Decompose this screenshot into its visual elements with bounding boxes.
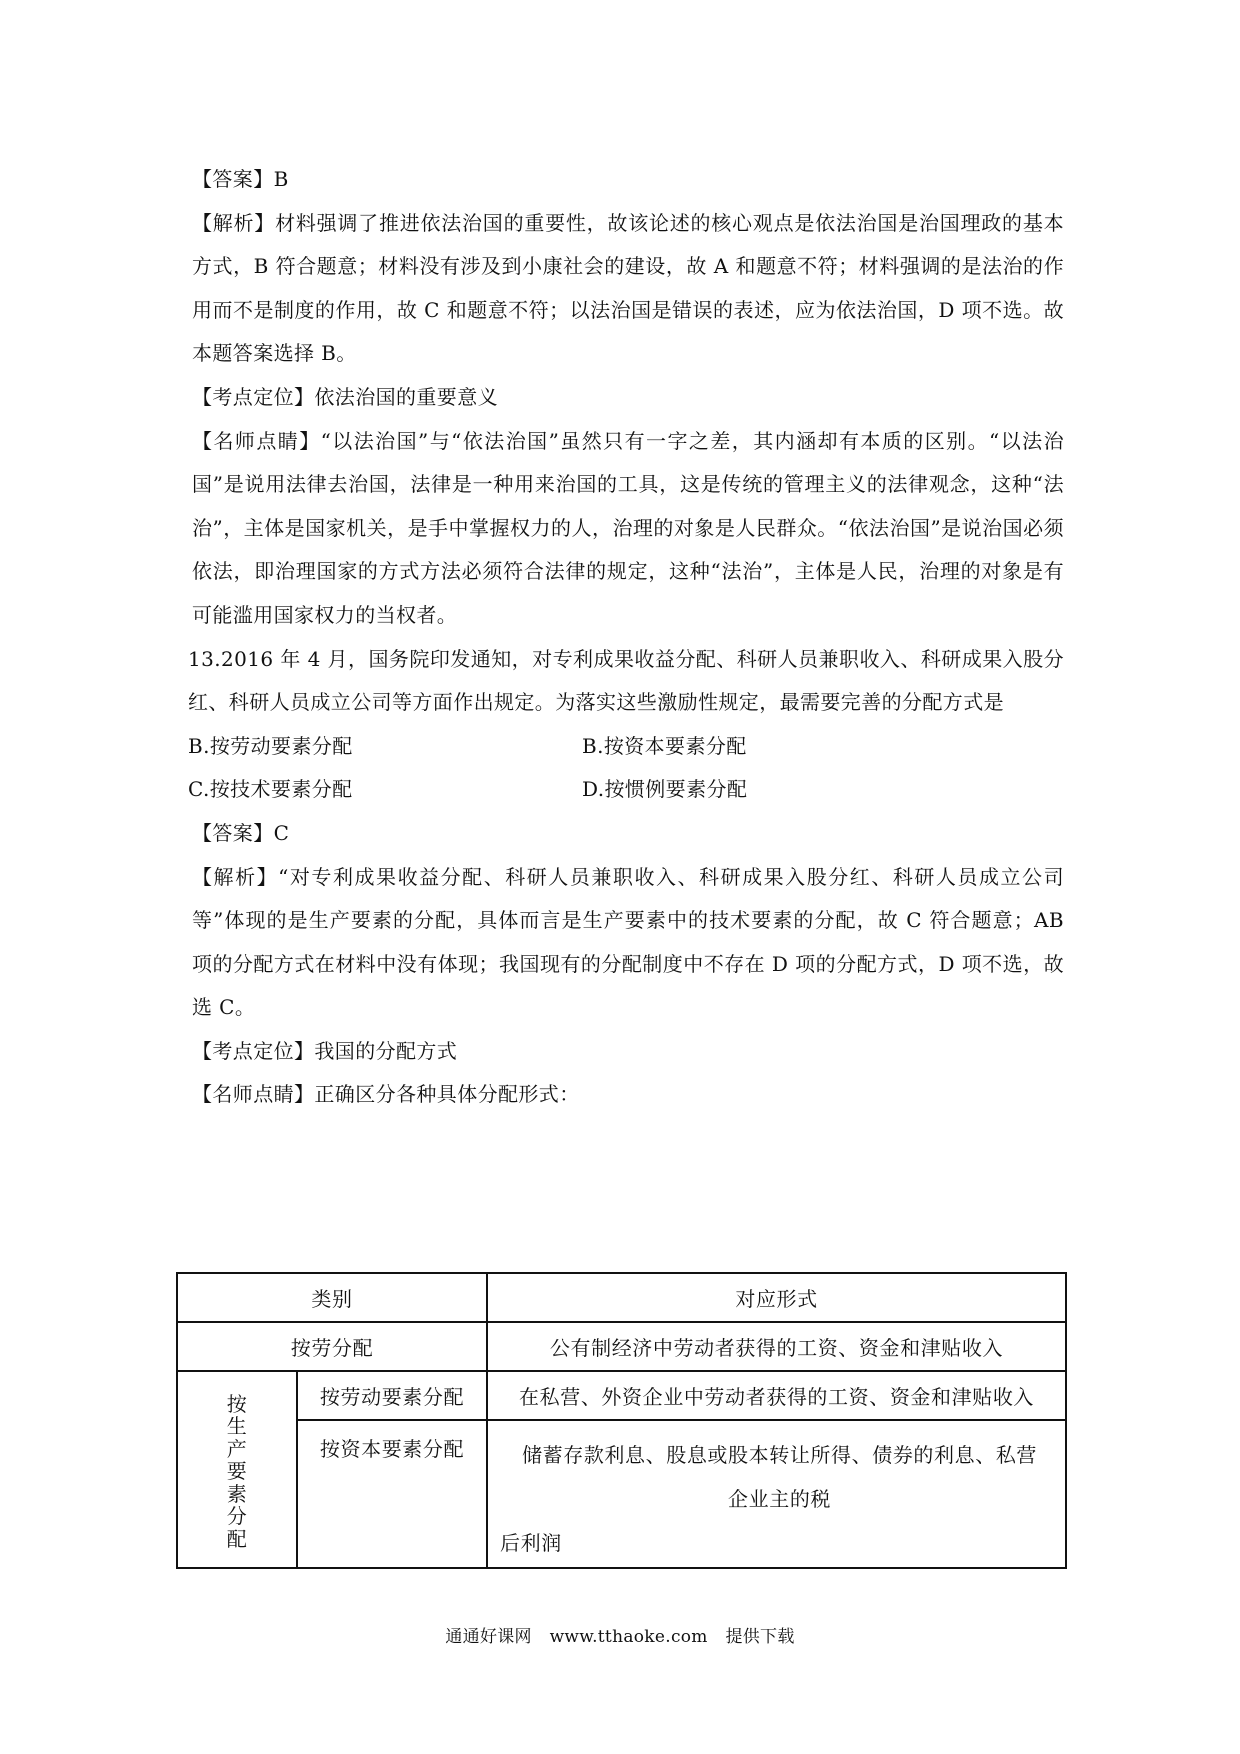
key-point-text: 依法治国的重要意义 — [314, 385, 498, 409]
form-line-1: 储蓄存款利息、股息或股本转让所得、债券的利息、私营 — [500, 1433, 1059, 1477]
key-point-text: 我国的分配方式 — [314, 1039, 457, 1063]
analysis-tag: 【解析】 — [192, 211, 275, 235]
answer-value: B — [274, 167, 289, 191]
q12-analysis: 【解析】材料强调了推进依法治国的重要性，故该论述的核心观点是依法治国是治国理政的… — [188, 202, 1064, 376]
form-line-2: 企业主的税 — [500, 1477, 1059, 1521]
cell-form: 在私营、外资企业中劳动者获得的工资、资金和津贴收入 — [487, 1371, 1066, 1420]
cell-category: 按劳动要素分配 — [297, 1371, 487, 1420]
option-1: B.按劳动要素分配 — [188, 725, 582, 769]
option-3: C.按技术要素分配 — [188, 768, 582, 812]
answer-value: C — [274, 821, 290, 845]
teacher-tip-tag: 【名师点睛】 — [192, 1082, 314, 1106]
distribution-table: 类别 对应形式 按劳分配 公有制经济中劳动者获得的工资、资金和津贴收入 按生产要… — [176, 1272, 1067, 1569]
teacher-tip-text: 正确区分各种具体分配形式： — [314, 1082, 579, 1106]
teacher-tip-text: “以法治国”与“依法治国”虽然只有一字之差，其内涵却有本质的区别。“以法治国”是… — [192, 429, 1064, 627]
q13-analysis: 【解析】“对专利成果收益分配、科研人员兼职收入、科研成果入股分红、科研人员成立公… — [188, 856, 1064, 1030]
group-label: 按生产要素分配 — [226, 1393, 248, 1551]
form-line-3: 后利润 — [500, 1521, 1059, 1565]
analysis-tag: 【解析】 — [192, 865, 278, 889]
group-label-cell: 按生产要素分配 — [177, 1371, 297, 1568]
teacher-tip-tag: 【名师点睛】 — [192, 429, 321, 453]
cell-form: 储蓄存款利息、股息或股本转让所得、债券的利息、私营 企业主的税 后利润 — [487, 1420, 1066, 1568]
page-footer: 通通好课网 www.tthaoke.com 提供下载 — [0, 1622, 1240, 1647]
option-2: B.按资本要素分配 — [582, 725, 1064, 769]
header-form: 对应形式 — [487, 1273, 1066, 1322]
q12-answer: 【答案】B — [188, 158, 1064, 202]
q13-options: B.按劳动要素分配 B.按资本要素分配 C.按技术要素分配 D.按惯例要素分配 — [188, 725, 1064, 812]
answer-tag: 【答案】 — [192, 821, 274, 845]
header-category: 类别 — [177, 1273, 487, 1322]
table-row: 按资本要素分配 储蓄存款利息、股息或股本转让所得、债券的利息、私营 企业主的税 … — [177, 1420, 1066, 1568]
option-4: D.按惯例要素分配 — [582, 768, 1064, 812]
q13-answer: 【答案】C — [188, 812, 1064, 856]
table-row: 按生产要素分配 按劳动要素分配 在私营、外资企业中劳动者获得的工资、资金和津贴收… — [177, 1371, 1066, 1420]
footer-site-name: 通通好课网 — [445, 1627, 532, 1647]
analysis-text: “对专利成果收益分配、科研人员兼职收入、科研成果入股分红、科研人员成立公司等”体… — [192, 865, 1064, 1020]
q13-stem: 13.2016 年 4 月，国务院印发通知，对专利成果收益分配、科研人员兼职收入… — [188, 638, 1064, 725]
document-page: 【答案】B 【解析】材料强调了推进依法治国的重要性，故该论述的核心观点是依法治国… — [0, 0, 1240, 1754]
q13-key-point: 【考点定位】我国的分配方式 — [188, 1030, 1064, 1074]
key-point-tag: 【考点定位】 — [192, 1039, 314, 1063]
footer-url: www.tthaoke.com — [550, 1627, 708, 1647]
key-point-tag: 【考点定位】 — [192, 385, 314, 409]
document-body: 【答案】B 【解析】材料强调了推进依法治国的重要性，故该论述的核心观点是依法治国… — [188, 158, 1064, 1117]
analysis-text: 材料强调了推进依法治国的重要性，故该论述的核心观点是依法治国是治国理政的基本方式… — [192, 211, 1064, 366]
footer-suffix: 提供下载 — [725, 1627, 794, 1647]
cell-form: 公有制经济中劳动者获得的工资、资金和津贴收入 — [487, 1322, 1066, 1371]
table-header-row: 类别 对应形式 — [177, 1273, 1066, 1322]
cell-category: 按资本要素分配 — [297, 1420, 487, 1568]
answer-tag: 【答案】 — [192, 167, 274, 191]
q13-teacher-tip: 【名师点睛】正确区分各种具体分配形式： — [188, 1073, 1064, 1117]
q12-teacher-tip: 【名师点睛】“以法治国”与“依法治国”虽然只有一字之差，其内涵却有本质的区别。“… — [188, 420, 1064, 638]
table-row: 按劳分配 公有制经济中劳动者获得的工资、资金和津贴收入 — [177, 1322, 1066, 1371]
cell-category: 按劳分配 — [177, 1322, 487, 1371]
q12-key-point: 【考点定位】依法治国的重要意义 — [188, 376, 1064, 420]
